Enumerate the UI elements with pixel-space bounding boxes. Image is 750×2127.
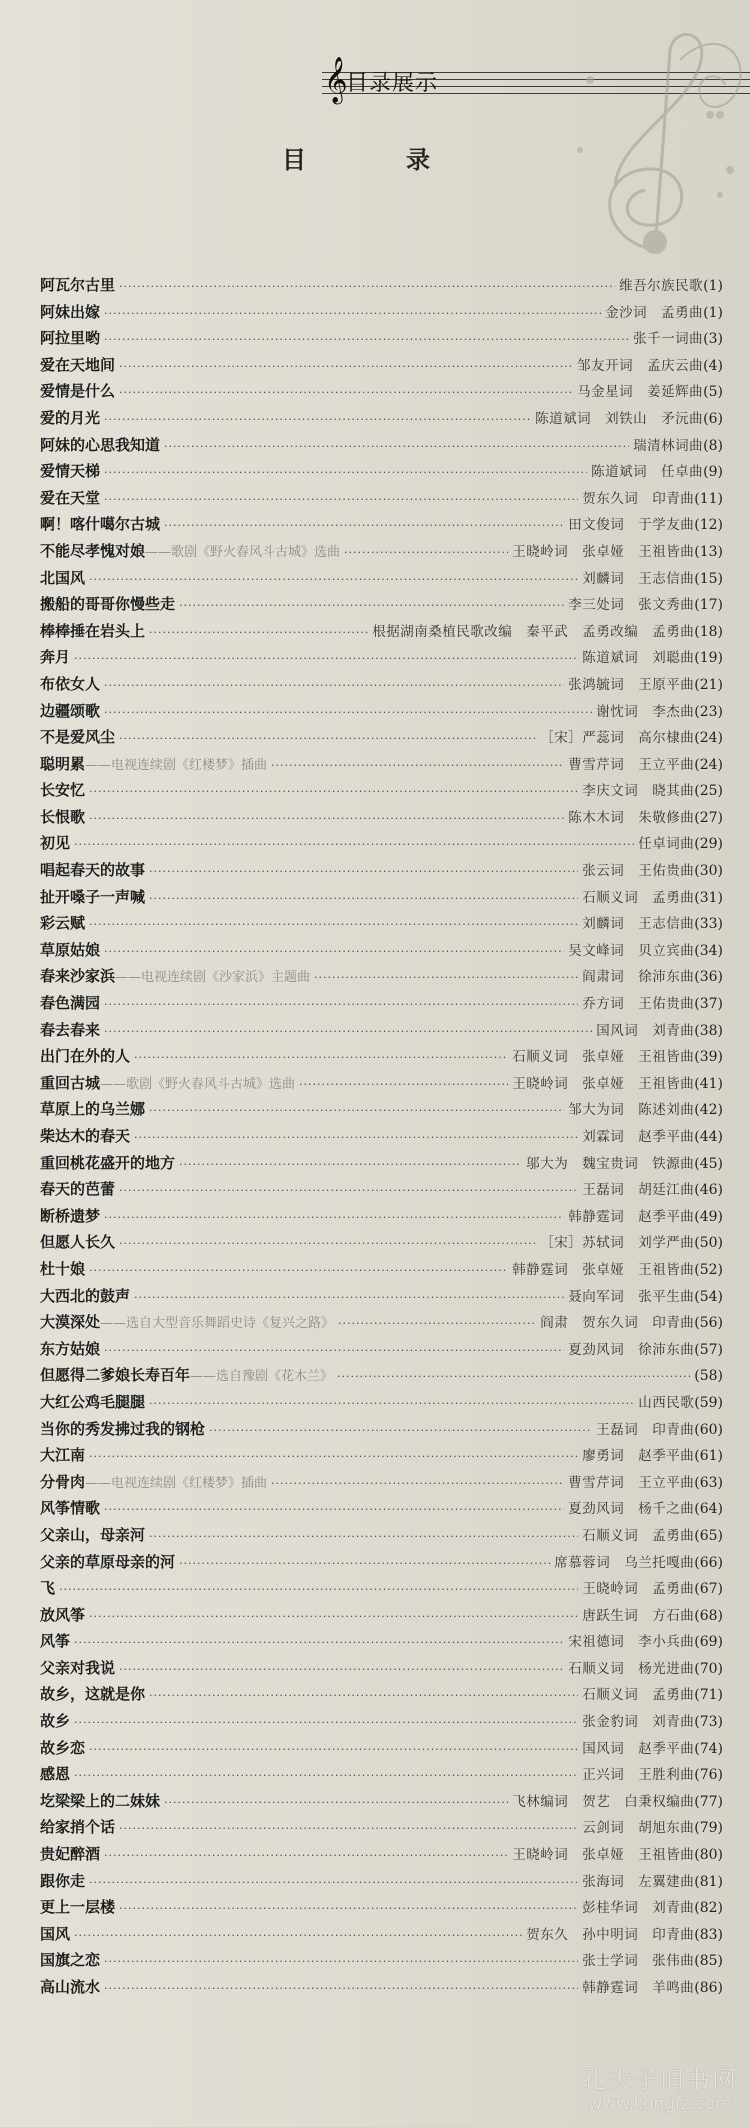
song-credits: 邬大为 魏宝贵词 铁源曲: [526, 1151, 694, 1178]
song-title: 唱起春天的故事: [40, 857, 145, 884]
song-title: 爱情天梯: [40, 458, 100, 485]
page-number: (31): [694, 885, 723, 912]
toc-entry[interactable]: 北国风刘麟词 王志信曲(15): [40, 565, 723, 592]
dot-leader: [104, 460, 587, 487]
song-credits: 刘麟词 王志信曲: [582, 911, 694, 938]
toc-entry[interactable]: 大江南廖勇词 赵季平曲(61): [40, 1442, 723, 1469]
page-number: (60): [694, 1417, 723, 1444]
song-title: 故乡，这就是你: [40, 1681, 145, 1708]
song-credits: 韩静霆词 赵季平曲: [568, 1204, 694, 1231]
toc-entry[interactable]: 重回桃花盛开的地方邬大为 魏宝贵词 铁源曲(45): [40, 1150, 723, 1177]
page-number: (80): [694, 1842, 723, 1869]
dot-leader: [89, 567, 578, 594]
page-number: (38): [694, 1018, 723, 1045]
dot-leader: [104, 1949, 578, 1976]
toc-entry[interactable]: 高山流水韩静霆词 羊鸣曲(86): [40, 1974, 723, 2001]
song-credits: 阎肃词 徐沛东曲: [582, 964, 694, 991]
toc-entry[interactable]: 爱在天地间邹友开词 孟庆云曲(4): [40, 352, 723, 379]
song-credits: 山西民歌: [638, 1390, 694, 1417]
toc-entry[interactable]: 布依女人张鸿毓词 王原平曲(21): [40, 671, 723, 698]
toc-entry[interactable]: 搬船的哥哥你慢些走李三处词 张文秀曲(17): [40, 591, 723, 618]
watermark-url: www.kongfz.com: [575, 2092, 745, 2116]
dot-leader: [74, 646, 578, 673]
toc-entry[interactable]: 国风贺东久 孙中明词 印青曲(83): [40, 1921, 723, 1948]
page-number: (18): [694, 619, 723, 646]
page-number: (6): [703, 406, 723, 433]
toc-entry[interactable]: 草原上的乌兰娜邹大为词 陈述刘曲(42): [40, 1096, 723, 1123]
song-credits: 飞林编词 贺艺 白秉权编曲: [512, 1789, 694, 1816]
page-number: (70): [694, 1656, 723, 1683]
song-credits: 张金豹词 刘青曲: [582, 1709, 694, 1736]
page-number: (54): [694, 1284, 723, 1311]
song-credits: 邹友开词 孟庆云曲: [577, 353, 703, 380]
dot-leader: [104, 1843, 508, 1870]
dot-leader: [89, 1444, 578, 1471]
song-credits: 张云词 王佑贵曲: [582, 858, 694, 885]
song-credits: 谢忱词 李杰曲: [596, 699, 694, 726]
toc-entry[interactable]: 故乡张金豹词 刘青曲(73): [40, 1708, 723, 1735]
song-credits: 韩静霆词 张卓娅 王祖皆曲: [512, 1257, 694, 1284]
song-title: 阿妹的心思我知道: [40, 432, 160, 459]
song-credits: 马金星词 姜延辉曲: [577, 379, 703, 406]
watermark-name: 孔夫子旧书网: [575, 2068, 745, 2092]
song-title: 但愿得二爹娘长寿百年: [40, 1362, 190, 1389]
song-title: 彩云赋: [40, 910, 85, 937]
song-title: 圪梁梁上的二妹妹: [40, 1788, 160, 1815]
song-title: 不是爱风尘: [40, 724, 115, 751]
song-title: 阿拉里哟: [40, 325, 100, 352]
dot-leader: [119, 1231, 536, 1258]
song-credits: 李庆文词 晓其曲: [582, 778, 694, 805]
page-number: (74): [694, 1736, 723, 1763]
song-subtitle: ——歌剧《野火春风斗古城》选曲: [100, 1072, 295, 1099]
dot-leader: [337, 1364, 690, 1391]
toc-entry[interactable]: 爱在天堂贺东久词 印青曲(11): [40, 485, 723, 512]
page-number: (23): [694, 699, 723, 726]
section-badge-label: 目录展示: [346, 70, 438, 98]
song-credits: 贺东久词 印青曲: [582, 486, 694, 513]
song-title: 长恨歌: [40, 804, 85, 831]
dot-leader: [149, 1683, 578, 1710]
dot-leader: [149, 1098, 564, 1125]
song-credits: 陈道斌词 刘铁山 矛沅曲: [535, 406, 703, 433]
song-credits: 国风词 刘青曲: [596, 1018, 694, 1045]
song-title: 爱的月光: [40, 405, 100, 432]
song-credits: 吴文峰词 贝立宾曲: [568, 938, 694, 965]
song-title: 爱情是什么: [40, 378, 115, 405]
dot-leader: [74, 1763, 578, 1790]
dot-leader: [89, 1604, 578, 1631]
dot-leader: [149, 1391, 634, 1418]
dot-leader: [164, 434, 629, 461]
dot-leader: [271, 753, 564, 780]
page-number: (65): [694, 1523, 723, 1550]
dot-leader: [299, 1072, 508, 1099]
dot-leader: [104, 487, 578, 514]
toc-entry[interactable]: 阿妹的心思我知道瑞清林词曲(8): [40, 432, 723, 459]
toc-entry[interactable]: 啊！喀什噶尔古城田文俊词 于学友曲(12): [40, 511, 723, 538]
song-title: 贵妃醉酒: [40, 1841, 100, 1868]
song-credits: 张鸿毓词 王原平曲: [568, 672, 694, 699]
song-subtitle: ——电视连续剧《沙家浜》主题曲: [115, 965, 310, 992]
toc-entry[interactable]: 大漠深处——选自大型音乐舞蹈史诗《复兴之路》阎肃 贺东久词 印青曲(56): [40, 1309, 723, 1336]
toc-entry[interactable]: 故乡恋国风词 赵季平曲(74): [40, 1735, 723, 1762]
song-credits: 任卓词曲: [638, 831, 694, 858]
page-number: (45): [694, 1151, 723, 1178]
song-title: 父亲山，母亲河: [40, 1522, 145, 1549]
song-credits: 王晓岭词 张卓娅 王祖皆曲: [512, 1842, 694, 1869]
page-number: (44): [694, 1124, 723, 1151]
page-number: (11): [694, 486, 723, 513]
dot-leader: [89, 1737, 578, 1764]
song-title: 父亲对我说: [40, 1655, 115, 1682]
song-credits: 金沙词 孟勇曲: [605, 300, 703, 327]
song-title: 出门在外的人: [40, 1043, 130, 1070]
dot-leader: [134, 1285, 564, 1312]
page-number: (24): [694, 752, 723, 779]
song-credits: 廖勇词 赵季平曲: [582, 1443, 694, 1470]
page-number: (76): [694, 1762, 723, 1789]
page-number: (3): [703, 326, 723, 353]
dot-leader: [104, 1497, 564, 1524]
dot-leader: [104, 1976, 578, 2003]
page-number: (86): [694, 1975, 723, 2002]
page-number: (27): [694, 805, 723, 832]
song-title: 东方姑娘: [40, 1336, 100, 1363]
dot-leader: [119, 1178, 578, 1205]
song-credits: 石顺义词 孟勇曲: [582, 885, 694, 912]
song-title: 分骨肉: [40, 1469, 85, 1496]
toc-entry[interactable]: 更上一层楼彭桂华词 刘青曲(82): [40, 1894, 723, 1921]
dot-leader: [119, 274, 615, 301]
page-number: (67): [694, 1576, 723, 1603]
toc-entry[interactable]: 放风筝唐跃生词 方石曲(68): [40, 1602, 723, 1629]
toc-entry[interactable]: 春天的芭蕾王磊词 胡廷江曲(46): [40, 1176, 723, 1203]
song-credits: 李三处词 张文秀曲: [568, 592, 694, 619]
song-credits: ［宋］严蕊词 高尔棣曲: [540, 725, 694, 752]
song-credits: 贺东久 孙中明词 印青曲: [526, 1922, 694, 1949]
page-number: (59): [694, 1390, 723, 1417]
dot-leader: [149, 859, 578, 886]
page-number: (56): [694, 1310, 723, 1337]
page-number: (17): [694, 592, 723, 619]
toc-entry[interactable]: 阿瓦尔古里维吾尔族民歌(1): [40, 272, 723, 299]
dot-leader: [89, 912, 578, 939]
song-title: 高山流水: [40, 1974, 100, 2001]
song-credits: 张士学词 张伟曲: [582, 1948, 694, 1975]
toc-entry[interactable]: 重回古城——歌剧《野火春风斗古城》选曲王晓岭词 张卓娅 王祖皆曲(41): [40, 1070, 723, 1097]
toc-entry[interactable]: 唱起春天的故事张云词 王佑贵曲(30): [40, 857, 723, 884]
song-title: 杜十娘: [40, 1256, 85, 1283]
page-number: (36): [694, 964, 723, 991]
page-number: (5): [703, 379, 723, 406]
song-title: 不能尽孝愧对娘: [40, 538, 145, 565]
dot-leader: [104, 1338, 564, 1365]
page-number: (1): [703, 273, 723, 300]
song-title: 爱在天地间: [40, 352, 115, 379]
song-credits: 根据湖南桑植民歌改编 秦平武 孟勇改编 孟勇曲: [372, 619, 694, 646]
page-number: (64): [694, 1496, 723, 1523]
toc-entry[interactable]: 大红公鸡毛腿腿山西民歌(59): [40, 1389, 723, 1416]
song-credits: 石顺义词 孟勇曲: [582, 1682, 694, 1709]
dot-leader: [104, 1019, 592, 1046]
song-title: 重回桃花盛开的地方: [40, 1150, 175, 1177]
page-number: (12): [694, 512, 723, 539]
song-credits: ［宋］苏轼词 刘学严曲: [540, 1230, 694, 1257]
song-credits: 张海词 左翼建曲: [582, 1869, 694, 1896]
toc-entry[interactable]: 棒棒捶在岩头上根据湖南桑植民歌改编 秦平武 孟勇改编 孟勇曲(18): [40, 618, 723, 645]
song-title: 阿妹出嫁: [40, 299, 100, 326]
dot-leader: [74, 1710, 578, 1737]
toc-entry[interactable]: 彩云赋刘麟词 王志信曲(33): [40, 910, 723, 937]
toc-entry[interactable]: 断桥遗梦韩静霆词 赵季平曲(49): [40, 1203, 723, 1230]
page-number: (46): [694, 1177, 723, 1204]
dot-leader: [338, 1311, 536, 1338]
page-number: (24): [694, 725, 723, 752]
song-title: 柴达木的春天: [40, 1123, 130, 1150]
song-credits: 王磊词 胡廷江曲: [582, 1177, 694, 1204]
dot-leader: [134, 1045, 508, 1072]
page-number: (66): [694, 1550, 723, 1577]
page-number: (81): [694, 1869, 723, 1896]
toc-entry[interactable]: 但愿人长久［宋］苏轼词 刘学严曲(50): [40, 1229, 723, 1256]
toc-entry[interactable]: 父亲山，母亲河石顺义词 孟勇曲(65): [40, 1522, 723, 1549]
song-credits: 陈道斌词 任卓曲: [591, 459, 703, 486]
toc-entry[interactable]: 长安忆李庆文词 晓其曲(25): [40, 777, 723, 804]
dot-leader: [179, 593, 564, 620]
song-title: 阿瓦尔古里: [40, 272, 115, 299]
song-title: 搬船的哥哥你慢些走: [40, 591, 175, 618]
toc-entry[interactable]: 边疆颂歌谢忱词 李杰曲(23): [40, 698, 723, 725]
song-credits: 云剑词 胡旭东曲: [582, 1815, 694, 1842]
dot-leader: [344, 540, 508, 567]
song-credits: 瑞清林词曲: [633, 433, 703, 460]
dot-leader: [314, 965, 578, 992]
toc-entry[interactable]: 聪明累——电视连续剧《红楼梦》插曲曹雪芹词 王立平曲(24): [40, 751, 723, 778]
page-number: (69): [694, 1629, 723, 1656]
toc-entry[interactable]: 故乡，这就是你石顺义词 孟勇曲(71): [40, 1681, 723, 1708]
page-number: (77): [694, 1789, 723, 1816]
toc-entry[interactable]: 圪梁梁上的二妹妹飞林编词 贺艺 白秉权编曲(77): [40, 1788, 723, 1815]
song-title: 大漠深处: [40, 1309, 100, 1336]
song-title: 感恩: [40, 1761, 70, 1788]
page-number: (42): [694, 1097, 723, 1124]
toc-entry[interactable]: 爱情天梯陈道斌词 任卓曲(9): [40, 458, 723, 485]
toc-entry[interactable]: 跟你走张海词 左翼建曲(81): [40, 1868, 723, 1895]
page-number: (1): [703, 300, 723, 327]
song-credits: 国风词 赵季平曲: [582, 1736, 694, 1763]
dot-leader: [104, 407, 531, 434]
toc-entry[interactable]: 阿妹出嫁金沙词 孟勇曲(1): [40, 299, 723, 326]
song-credits: 夏劲风词 徐沛东曲: [568, 1337, 694, 1364]
page-number: (63): [694, 1470, 723, 1497]
song-title: 断桥遗梦: [40, 1203, 100, 1230]
toc-entry[interactable]: 杜十娘韩静霆词 张卓娅 王祖皆曲(52): [40, 1256, 723, 1283]
song-credits: 石顺义词 张卓娅 王祖皆曲: [512, 1044, 694, 1071]
toc-entry[interactable]: 贵妃醉酒王晓岭词 张卓娅 王祖皆曲(80): [40, 1841, 723, 1868]
song-credits: 阎肃 贺东久词 印青曲: [540, 1310, 694, 1337]
song-title: 边疆颂歌: [40, 698, 100, 725]
toc-entry[interactable]: 大西北的鼓声聂向军词 张平生曲(54): [40, 1283, 723, 1310]
song-credits: 张千一词曲: [633, 326, 703, 353]
dot-leader: [74, 832, 634, 859]
toc-entry[interactable]: 春来沙家浜——电视连续剧《沙家浜》主题曲阎肃词 徐沛东曲(36): [40, 963, 723, 990]
song-title: 春天的芭蕾: [40, 1176, 115, 1203]
toc-entry[interactable]: 春去春来国风词 刘青曲(38): [40, 1017, 723, 1044]
dot-leader: [119, 1896, 578, 1923]
dot-leader: [89, 1870, 578, 1897]
song-title: 春色满园: [40, 990, 100, 1017]
dot-leader: [104, 992, 578, 1019]
song-title: 草原姑娘: [40, 937, 100, 964]
page-number: (39): [694, 1044, 723, 1071]
song-credits: 席慕蓉词 乌兰托嘎曲: [554, 1550, 694, 1577]
dot-leader: [104, 301, 601, 328]
song-credits: 王晓岭词 孟勇曲: [582, 1576, 694, 1603]
page-number: (52): [694, 1257, 723, 1284]
song-credits: 维吾尔族民歌: [619, 273, 703, 300]
song-credits: 王晓岭词 张卓娅 王祖皆曲: [512, 1071, 694, 1098]
dot-leader: [119, 1657, 564, 1684]
song-title: 国旗之恋: [40, 1947, 100, 1974]
page-number: (49): [694, 1204, 723, 1231]
toc-entry[interactable]: 东方姑娘夏劲风词 徐沛东曲(57): [40, 1336, 723, 1363]
toc-list: 阿瓦尔古里维吾尔族民歌(1)阿妹出嫁金沙词 孟勇曲(1)阿拉里哟张千一词曲(3)…: [40, 272, 723, 2001]
song-credits: 陈道斌词 刘聪曲: [582, 645, 694, 672]
page-title: 目 录: [0, 140, 750, 175]
song-credits: 刘麟词 王志信曲: [582, 566, 694, 593]
dot-leader: [119, 354, 573, 381]
toc-entry[interactable]: 爱的月光陈道斌词 刘铁山 矛沅曲(6): [40, 405, 723, 432]
song-title: 国风: [40, 1921, 70, 1948]
page-number: (30): [694, 858, 723, 885]
page-number: (29): [694, 831, 723, 858]
toc-entry[interactable]: 父亲对我说石顺义词 杨光进曲(70): [40, 1655, 723, 1682]
song-title: 爱在天堂: [40, 485, 100, 512]
toc-entry[interactable]: 国旗之恋张士学词 张伟曲(85): [40, 1947, 723, 1974]
song-title: 重回古城: [40, 1070, 100, 1097]
page-number: (79): [694, 1815, 723, 1842]
page-number: (85): [694, 1948, 723, 1975]
song-title: 风筝: [40, 1628, 70, 1655]
song-title: 北国风: [40, 565, 85, 592]
song-title: 更上一层楼: [40, 1894, 115, 1921]
toc-entry[interactable]: 初见任卓词曲(29): [40, 830, 723, 857]
page-number: (34): [694, 938, 723, 965]
toc-entry[interactable]: 飞王晓岭词 孟勇曲(67): [40, 1575, 723, 1602]
toc-entry[interactable]: 父亲的草原母亲的河席慕蓉词 乌兰托嘎曲(66): [40, 1549, 723, 1576]
page-number: (13): [694, 539, 723, 566]
dot-leader: [74, 1630, 564, 1657]
song-title: 初见: [40, 830, 70, 857]
song-title: 飞: [40, 1575, 55, 1602]
dot-leader: [89, 1258, 508, 1285]
dot-leader: [74, 1923, 522, 1950]
toc-entry[interactable]: 不是爱风尘［宋］严蕊词 高尔棣曲(24): [40, 724, 723, 751]
page-number: (82): [694, 1895, 723, 1922]
toc-entry[interactable]: 给家捎个话云剑词 胡旭东曲(79): [40, 1814, 723, 1841]
song-title: 故乡: [40, 1708, 70, 1735]
page-number: (9): [703, 459, 723, 486]
page-number: (68): [694, 1603, 723, 1630]
toc-entry[interactable]: 感恩正兴词 王胜利曲(76): [40, 1761, 723, 1788]
song-title: 草原上的乌兰娜: [40, 1096, 145, 1123]
dot-leader: [104, 1205, 564, 1232]
song-credits: 王晓岭词 张卓娅 王祖皆曲: [512, 539, 694, 566]
song-title: 放风筝: [40, 1602, 85, 1629]
song-title: 春去春来: [40, 1017, 100, 1044]
song-title: 故乡恋: [40, 1735, 85, 1762]
dot-leader: [104, 939, 564, 966]
page-number: (73): [694, 1709, 723, 1736]
page-number: (71): [694, 1682, 723, 1709]
toc-entry[interactable]: 春色满园乔方词 王佑贵曲(37): [40, 990, 723, 1017]
watermark: 孔夫子旧书网 www.kongfz.com: [575, 2068, 745, 2116]
dot-leader: [134, 1125, 578, 1152]
song-credits: 唐跃生词 方石曲: [582, 1603, 694, 1630]
song-title: 大西北的鼓声: [40, 1283, 130, 1310]
page-number: (61): [694, 1443, 723, 1470]
toc-entry[interactable]: 扯开嗓子一声喊石顺义词 孟勇曲(31): [40, 884, 723, 911]
toc-entry[interactable]: 但愿得二爹娘长寿百年——选自豫剧《花木兰》(58): [40, 1362, 723, 1389]
page-number: (21): [694, 672, 723, 699]
toc-entry[interactable]: 风筝宋祖德词 李小兵曲(69): [40, 1628, 723, 1655]
dot-leader: [149, 1524, 578, 1551]
toc-entry[interactable]: 奔月陈道斌词 刘聪曲(19): [40, 644, 723, 671]
page-number: (4): [703, 353, 723, 380]
page-number: (25): [694, 778, 723, 805]
page-number: (15): [694, 566, 723, 593]
song-credits: 邹大为词 陈述刘曲: [568, 1097, 694, 1124]
toc-entry[interactable]: 当你的秀发拂过我的钢枪王磊词 印青曲(60): [40, 1416, 723, 1443]
page-number: (8): [703, 433, 723, 460]
toc-entry[interactable]: 爱情是什么马金星词 姜延辉曲(5): [40, 378, 723, 405]
dot-leader: [119, 726, 536, 753]
song-credits: 夏劲风词 杨千之曲: [568, 1496, 694, 1523]
toc-entry[interactable]: 不能尽孝愧对娘——歌剧《野火春风斗古城》选曲王晓岭词 张卓娅 王祖皆曲(13): [40, 538, 723, 565]
toc-entry[interactable]: 长恨歌陈木木词 朱敬修曲(27): [40, 804, 723, 831]
song-credits: 王磊词 印青曲: [596, 1417, 694, 1444]
dot-leader: [271, 1471, 564, 1498]
dot-leader: [149, 620, 368, 647]
toc-entry[interactable]: 柴达木的春天刘霖词 赵季平曲(44): [40, 1123, 723, 1150]
song-credits: 宋祖德词 李小兵曲: [568, 1629, 694, 1656]
song-subtitle: ——电视连续剧《红楼梦》插曲: [85, 753, 267, 780]
song-subtitle: ——歌剧《野火春风斗古城》选曲: [145, 540, 340, 567]
song-credits: 曹雪芹词 王立平曲: [568, 752, 694, 779]
page-number: (83): [694, 1922, 723, 1949]
song-title: 聪明累: [40, 751, 85, 778]
song-credits: 乔方词 王佑贵曲: [582, 991, 694, 1018]
song-credits: 石顺义词 杨光进曲: [568, 1656, 694, 1683]
page-number: (58): [694, 1363, 723, 1390]
dot-leader: [89, 779, 578, 806]
dot-leader: [104, 673, 564, 700]
toc-entry[interactable]: 草原姑娘吴文峰词 贝立宾曲(34): [40, 937, 723, 964]
dot-leader: [179, 1152, 522, 1179]
dot-leader: [59, 1577, 578, 1604]
song-title: 大红公鸡毛腿腿: [40, 1389, 145, 1416]
page-number: (37): [694, 991, 723, 1018]
toc-entry[interactable]: 风筝情歌夏劲风词 杨千之曲(64): [40, 1495, 723, 1522]
toc-entry[interactable]: 分骨肉——电视连续剧《红楼梦》插曲曹雪芹词 王立平曲(63): [40, 1469, 723, 1496]
song-title: 奔月: [40, 644, 70, 671]
song-credits: 正兴词 王胜利曲: [582, 1762, 694, 1789]
toc-entry[interactable]: 出门在外的人石顺义词 张卓娅 王祖皆曲(39): [40, 1043, 723, 1070]
song-title: 长安忆: [40, 777, 85, 804]
dot-leader: [104, 327, 629, 354]
toc-entry[interactable]: 阿拉里哟张千一词曲(3): [40, 325, 723, 352]
